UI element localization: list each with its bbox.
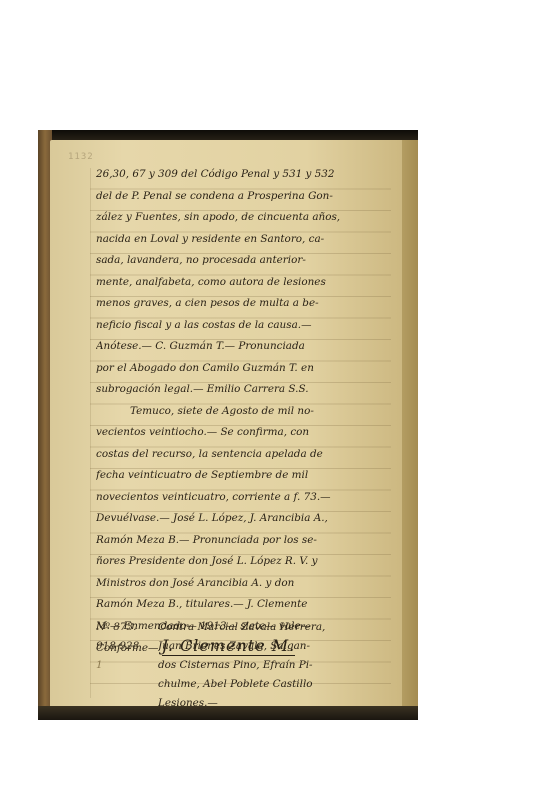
text-line: mente, analfabeta, como autora de lesion… <box>96 272 396 294</box>
entry-line: chulme, Abel Poblete Castillo <box>158 675 408 694</box>
entry-body: Contra Marcial Zavala Herrera, Juan Brio… <box>158 618 408 720</box>
text-line: Anótese.— C. Guzmán T.— Pronunciada <box>96 336 396 358</box>
entry-line: Juan Briones Zavala, Salgan- <box>158 637 408 656</box>
entry-line: dos Cisternas Pino, Efraín Pi- <box>158 656 408 675</box>
margin-note: Nº 873. 918-928 1 <box>96 618 146 675</box>
text-line: del de P. Penal se condena a Prosperina … <box>96 186 396 208</box>
text-line: menos graves, a cien pesos de multa a be… <box>96 293 396 315</box>
text-line: Temuco, siete de Agosto de mil no- <box>96 401 396 423</box>
ledger-page: 1132 26,30, 67 y 309 del Código Penal y … <box>50 140 416 710</box>
text-line: 26,30, 67 y 309 del Código Penal y 531 y… <box>96 164 396 186</box>
text-line: nacida en Loval y residente en Santoro, … <box>96 229 396 251</box>
text-line: ñores Presidente don José L. López R. V.… <box>96 551 396 573</box>
entry-line: Contra Marcial Zavala Herrera, <box>158 618 408 637</box>
text-line: novecientos veinticuatro, corriente a f.… <box>96 487 396 509</box>
text-line: por el Abogado don Camilo Guzmán T. en <box>96 358 396 380</box>
sentence-text: 26,30, 67 y 309 del Código Penal y 531 y… <box>96 164 396 661</box>
text-line: Ramón Meza B., titulares.— J. Clemente <box>96 594 396 616</box>
margin-mark: 1 <box>96 656 146 675</box>
folio-number: 1132 <box>68 152 94 162</box>
case-number: Nº 873. <box>96 618 146 637</box>
text-line: neficio fiscal y a las costas de la caus… <box>96 315 396 337</box>
text-line: subrogación legal.— Emilio Carrera S.S. <box>96 379 396 401</box>
text-line: Ministros don José Arancibia A. y don <box>96 573 396 595</box>
text-line: vecientos veintiocho.— Se confirma, con <box>96 422 396 444</box>
text-line: fecha veinticuatro de Septiembre de mil <box>96 465 396 487</box>
text-line: zález y Fuentes, sin apodo, de cincuenta… <box>96 207 396 229</box>
text-line: costas del recurso, la sentencia apelada… <box>96 444 396 466</box>
page-right-edge <box>402 140 418 720</box>
ledger-photo: 1132 26,30, 67 y 309 del Código Penal y … <box>38 130 418 720</box>
folio-range: 918-928 <box>96 637 146 656</box>
text-line: Devuélvase.— José L. López, J. Arancibia… <box>96 508 396 530</box>
text-line: sada, lavandera, no procesada anterior- <box>96 250 396 272</box>
text-line: Ramón Meza B.— Pronunciada por los se- <box>96 530 396 552</box>
bottom-shadow <box>38 706 418 720</box>
